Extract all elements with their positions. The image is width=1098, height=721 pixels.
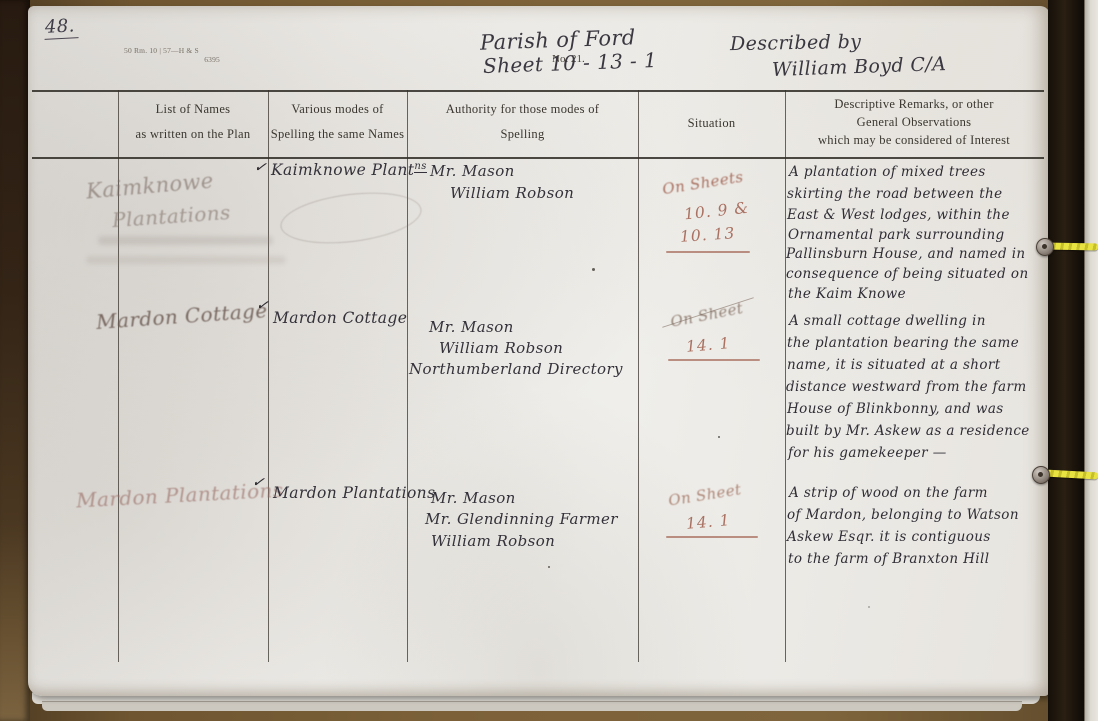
entry1-spelling-main: Kaimknowe Plant <box>271 161 414 179</box>
document-page: 48. 50 Rm. 10 | 57—H & S 6395 Parish of … <box>28 6 1050 696</box>
ink-speck <box>548 566 550 568</box>
surveyor-checkmark: ✓ <box>255 295 270 315</box>
entry2-remarks-line: the plantation bearing the same <box>787 335 1019 351</box>
entry2-remarks-line: built by Mr. Askew as a residence <box>786 423 1030 439</box>
column-header-authority: Authority for those modes of Spelling <box>407 102 638 142</box>
entry2-remarks-line: name, it is situated at a short <box>787 357 1001 373</box>
ghost-writing-smudge <box>98 236 273 245</box>
entry2-spelling: Mardon Cottage <box>273 309 407 327</box>
entry2-authority: Mr. Mason <box>429 318 514 336</box>
column-header-situation: Situation <box>638 116 785 131</box>
table-top-rule <box>32 90 1044 92</box>
table-column-rule <box>785 90 786 662</box>
metal-grommet <box>1036 238 1054 256</box>
column-header-line: Descriptive Remarks, or other <box>785 97 1043 112</box>
entry3-remarks-line: of Mardon, belonging to Watson <box>787 507 1019 523</box>
entry2-authority: William Robson <box>439 339 563 357</box>
entry1-situation: 10. 9 & <box>683 199 750 224</box>
printer-stamp: 50 Rm. 10 | 57—H & S 6395 <box>124 46 234 64</box>
column-header-line: Situation <box>638 116 785 131</box>
entry3-situation: 14. 1 <box>685 511 731 533</box>
ink-speck <box>718 436 720 438</box>
column-header-line: Various modes of <box>268 102 407 117</box>
entry1-remarks-line: the Kaim Knowe <box>788 286 906 302</box>
entry2-remarks-line: House of Blinkbonny, and was <box>787 401 1004 417</box>
entry1-remarks-line: Ornamental park surrounding <box>788 227 1005 243</box>
entry1-situation: 10. 13 <box>679 224 735 246</box>
entry3-authority: William Robson <box>431 532 555 550</box>
entry1-authority: Mr. Mason <box>430 162 515 180</box>
entry3-situation: On Sheet <box>667 480 743 509</box>
entry3-authority: Mr. Glendinning Farmer <box>425 510 618 528</box>
column-header-remarks: Descriptive Remarks, or other General Ob… <box>785 97 1043 148</box>
entry3-remarks-line: Askew Esqr. it is contiguous <box>787 529 991 545</box>
sheet-label: Sheet 10 - 13 - 1 <box>483 48 658 78</box>
entry3-remarks-line: to the farm of Branxton Hill <box>788 551 989 567</box>
column-header-line: Spelling <box>407 127 638 142</box>
ghost-writing-smudge <box>86 256 286 264</box>
entry1-plan-name: Kaimknowe <box>85 168 214 203</box>
column-header-line: as written on the Plan <box>118 127 268 142</box>
entry3-remarks-line: A strip of wood on the farm <box>789 485 988 501</box>
entry1-authority: William Robson <box>450 184 574 202</box>
printer-stamp-line2: 6395 <box>124 55 234 64</box>
yellow-binding-string <box>1048 243 1098 251</box>
table-column-rule <box>268 90 269 662</box>
entry1-spelling-superscript: ns <box>414 161 426 173</box>
entry1-remarks-line: Pallinsburn House, and named in <box>786 246 1026 262</box>
entry1-remarks-line: A plantation of mixed trees <box>789 164 986 180</box>
scanned-book-photo: 48. 50 Rm. 10 | 57—H & S 6395 Parish of … <box>0 0 1098 721</box>
surveyor-checkmark: ✓ <box>253 157 268 177</box>
column-header-line: Authority for those modes of <box>407 102 638 117</box>
column-header-line: General Observations <box>785 115 1043 130</box>
printer-stamp-line1: 50 Rm. 10 | 57—H & S <box>124 46 234 55</box>
entry2-remarks-line: distance westward from the farm <box>786 379 1027 395</box>
entry1-remarks-line: consequence of being situated on <box>786 266 1029 282</box>
entry1-remarks-line: East & West lodges, within the <box>787 207 1010 223</box>
entry2-plan-name: Mardon Cottage <box>95 298 268 334</box>
entry3-spelling: Mardon Plantations <box>273 484 435 502</box>
entry1-situation: On Sheets <box>661 168 745 199</box>
book-spine-shadow-gap <box>1048 0 1084 721</box>
column-header-spelling-modes: Various modes of Spelling the same Names <box>268 102 407 142</box>
table-column-rule <box>638 90 639 662</box>
ink-speck <box>868 606 870 608</box>
entry2-situation: 14. 1 <box>685 334 731 356</box>
entry2-authority: Northumberland Directory <box>409 360 623 378</box>
column-header-line: List of Names <box>118 102 268 117</box>
situation-underline <box>666 251 750 253</box>
situation-underline <box>668 359 760 361</box>
column-header-line: which may be considered of Interest <box>785 133 1043 148</box>
book-cover-left-edge <box>0 0 30 721</box>
entry3-spelling-main: Mardon Plantations <box>273 484 435 502</box>
entry2-remarks-line: A small cottage dwelling in <box>789 313 986 329</box>
page-stack-edge <box>42 701 1022 711</box>
described-by-label: Described by <box>730 31 862 55</box>
describer-name: William Boyd C/A <box>772 53 947 81</box>
metal-grommet <box>1032 466 1050 484</box>
situation-underline <box>666 536 758 538</box>
entry2-spelling-main: Mardon Cottage <box>273 309 407 327</box>
column-header-names: List of Names as written on the Plan <box>118 102 268 142</box>
ink-speck <box>592 268 595 271</box>
entry1-remarks-line: skirting the road between the <box>787 186 1003 202</box>
entry1-plan-name: Plantations <box>111 200 231 232</box>
entry3-authority: Mr. Mason <box>431 489 516 507</box>
ink-smudge-oval <box>278 186 425 251</box>
entry2-remarks-line: for his gamekeeper — <box>788 445 947 461</box>
entry1-spelling: Kaimknowe Plantns <box>271 161 427 179</box>
surveyor-checkmark: ✓ <box>251 472 266 492</box>
column-header-line: Spelling the same Names <box>268 127 407 142</box>
page-number: 48. <box>43 15 78 40</box>
table-header-rule <box>32 157 1044 159</box>
adjacent-page-edge <box>1084 0 1098 721</box>
